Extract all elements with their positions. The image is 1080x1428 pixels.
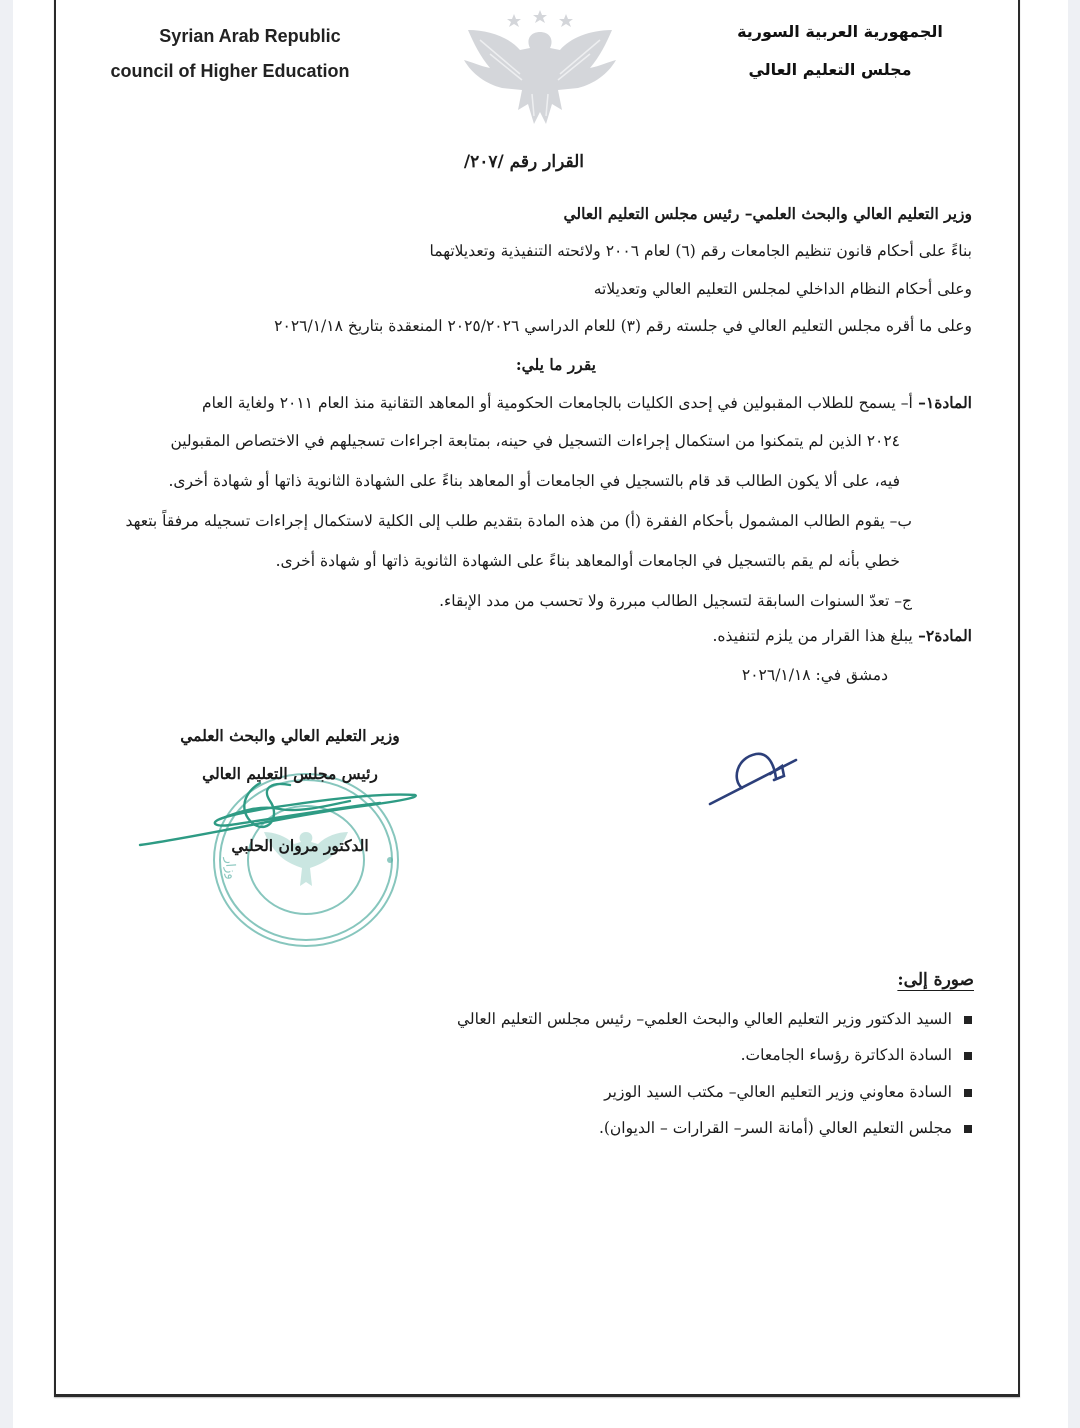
preamble-line-1: بناءً على أحكام قانون تنظيم الجامعات رقم… [430, 242, 972, 260]
cc-item-text: السادة معاوني وزير التعليم العالي– مكتب … [604, 1083, 952, 1101]
bullet-square-icon [964, 1125, 972, 1133]
article-2: المادة٢– يبلغ هذا القرار من يلزم لتنفيذه… [712, 626, 972, 645]
header-en-council: council of Higher Education [100, 61, 360, 82]
article-1-a-line-3: فيه، على ألا يكون الطالب قد قام بالتسجيل… [168, 472, 900, 490]
article-1-label: المادة١– [913, 393, 972, 412]
article-1-c-line-1: ج– تعدّ السنوات السابقة لتسجيل الطالب مب… [439, 592, 912, 610]
header-ar-country: الجمهورية العربية السورية [735, 22, 945, 41]
bullet-square-icon [964, 1089, 972, 1097]
decision-issuer: وزير التعليم العالي والبحث العلمي– رئيس … [564, 204, 973, 223]
eagle-emblem-icon [450, 4, 630, 130]
article-1-b-line-2: خطي بأنه لم يقم بالتسجيل في الجامعات أوا… [276, 552, 900, 570]
decision-number: القرار رقم /٢٠٧/ [464, 152, 584, 172]
viewer-margin-right [1068, 0, 1080, 1428]
bullet-square-icon [964, 1052, 972, 1060]
article-1-a-text: أ– يسمح للطلاب المقبولين في إحدى الكليات… [202, 394, 913, 412]
article-2-label: المادة٢– [913, 626, 972, 645]
signatory-title-1: وزير التعليم العالي والبحث العلمي [160, 726, 420, 745]
cc-item-text: مجلس التعليم العالي (أمانة السر– القرارا… [599, 1119, 952, 1137]
cc-item-text: السادة الدكاترة رؤساء الجامعات. [741, 1046, 952, 1064]
preamble-line-2: وعلى أحكام النظام الداخلي لمجلس التعليم … [594, 280, 972, 298]
cc-item-text: السيد الدكتور وزير التعليم العالي والبحث… [457, 1010, 952, 1028]
cc-heading: صورة إلى: [897, 970, 974, 990]
bullet-square-icon [964, 1016, 972, 1024]
decides-heading: يقرر ما يلي: [516, 355, 596, 374]
preamble-line-3: وعلى ما أقره مجلس التعليم العالي في جلست… [274, 317, 972, 335]
cc-item: مجلس التعليم العالي (أمانة السر– القرارا… [599, 1119, 972, 1137]
initials-signature-icon [700, 740, 810, 815]
header-ar-council: مجلس التعليم العالي [735, 60, 925, 79]
cc-item: السادة معاوني وزير التعليم العالي– مكتب … [604, 1083, 972, 1101]
cc-item: السيد الدكتور وزير التعليم العالي والبحث… [457, 1010, 972, 1028]
place-date: دمشق في: ٢٠٢٦/١/١٨ [742, 666, 888, 684]
cc-item: السادة الدكاترة رؤساء الجامعات. [741, 1046, 972, 1064]
article-1-b-line-1: ب– يقوم الطالب المشمول بأحكام الفقرة (أ)… [125, 512, 912, 530]
article-1-a-line-2: ٢٠٢٤ الذين لم يتمكنوا من استكمال إجراءات… [170, 432, 900, 450]
handwritten-signature-icon [130, 775, 430, 855]
article-1-line-1: المادة١– أ– يسمح للطلاب المقبولين في إحد… [202, 393, 972, 412]
article-2-text: يبلغ هذا القرار من يلزم لتنفيذه. [712, 627, 912, 645]
viewer-margin-left [0, 0, 13, 1428]
header-en-country: Syrian Arab Republic [100, 26, 400, 47]
